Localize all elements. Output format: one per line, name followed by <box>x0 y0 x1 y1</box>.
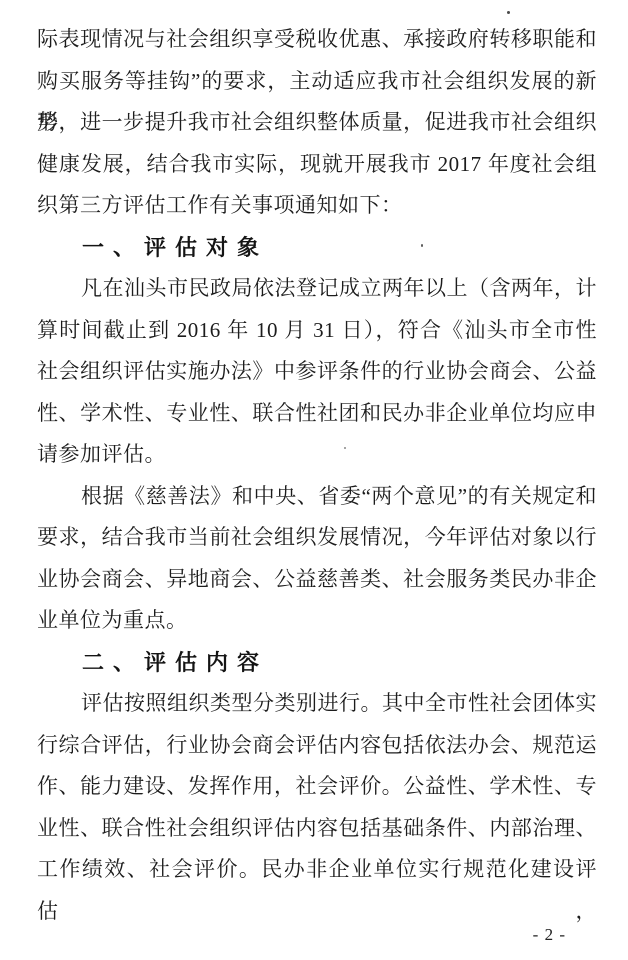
text-line: 业性、联合性社会组织评估内容包括基础条件、内部治理、 <box>37 808 597 850</box>
scan-speck <box>507 11 510 14</box>
paragraph-start-line: 根据《慈善法》和中央、省委“两个意见”的有关规定和 <box>37 476 597 518</box>
text-line: 行综合评估，行业协会商会评估内容包括依法办会、规范运 <box>37 725 597 767</box>
text-line: 势，进一步提升我市社会组织整体质量，促进我市社会组织 <box>37 102 597 144</box>
scan-speck <box>411 364 413 366</box>
text-line: 算时间截止到 2016 年 10 月 31 日），符合《汕头市全市性 <box>37 310 597 352</box>
text-line: 购买服务等挂钩”的要求，主动适应我市社会组织发展的新形 <box>37 61 597 103</box>
text-line: 工作绩效、社会评价。民办非企业单位实行规范化建设评估， <box>37 849 597 891</box>
text-line: 织第三方评估工作有关事项通知如下： <box>37 185 597 227</box>
section-heading-evaluation-content: 二、评估内容 <box>37 642 597 684</box>
text-line: 要求，结合我市当前社会组织发展情况，今年评估对象以行 <box>37 517 597 559</box>
text-line: 际表现情况与社会组织享受税收优惠、承接政府转移职能和 <box>37 19 597 61</box>
text-line: 健康发展，结合我市实际，现就开展我市 2017 年度社会组 <box>37 144 597 186</box>
paragraph-start-line: 凡在汕头市民政局依法登记成立两年以上（含两年，计 <box>37 268 597 310</box>
section-heading-evaluation-targets: 一、评估对象 <box>37 227 597 269</box>
text-line: 业协会商会、异地商会、公益慈善类、社会服务类民办非企 <box>37 559 597 601</box>
text-line: 性、学术性、专业性、联合性社团和民办非企业单位均应申 <box>37 393 597 435</box>
scan-speck <box>344 447 346 449</box>
text-line: 作、能力建设、发挥作用，社会评价。公益性、学术性、专 <box>37 766 597 808</box>
text-line: 业单位为重点。 <box>37 600 597 642</box>
notice-document-body: 际表现情况与社会组织享受税收优惠、承接政府转移职能和 购买服务等挂钩”的要求，主… <box>37 19 597 891</box>
text-line: 请参加评估。 <box>37 434 597 476</box>
paragraph-start-line: 评估按照组织类型分类别进行。其中全市性社会团体实 <box>37 683 597 725</box>
scan-speck <box>421 244 423 247</box>
page-number: - 2 - <box>533 925 566 945</box>
text-line: 社会组织评估实施办法》中参评条件的行业协会商会、公益 <box>37 351 597 393</box>
